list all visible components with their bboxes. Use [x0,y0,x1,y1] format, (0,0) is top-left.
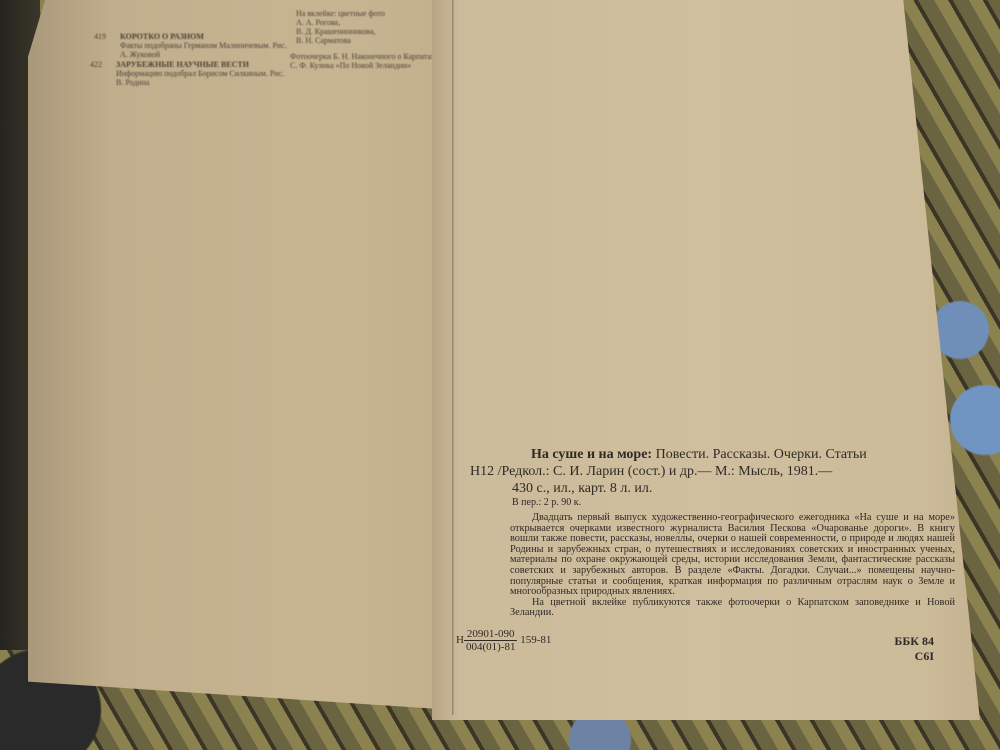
annotation: Двадцать первый выпуск художественно-гео… [510,513,955,619]
toc-entry: 422 ЗАРУБЕЖНЫЕ НАУЧНЫЕ ВЕСТИ Информацию … [90,60,290,100]
bbk-code: С6I [880,649,934,664]
catalog-code-suffix: 159-81 [520,634,551,646]
book-gutter [452,0,455,715]
toc-detail: Информацию подобрал Борисом Силкиным. Ри… [116,69,286,87]
editorial-line: /Редкол.: С. И. Ларин (сост.) и др.— М.:… [498,464,833,479]
toc-entry: 419 КОРОТКО О РАЗНОМ Факты подобраны Гер… [94,32,294,62]
toc-title: ЗАРУБЕЖНЫЕ НАУЧНЫЕ ВЕСТИ [116,60,286,69]
catalog-code-numerator: 20901-090 [464,628,518,641]
bibliographic-record: На суше и на море: Повести. Рассказы. Оч… [470,446,950,497]
book-title: На суше и на море: [531,447,652,462]
bbk-label: ББК 84 [880,634,934,649]
toc-title: КОРОТКО О РАЗНОМ [120,32,290,41]
toc-page-number: 419 [94,32,106,41]
toc-page-number: 422 [90,60,102,69]
annotation-paragraph: Двадцать первый выпуск художественно-гео… [510,513,955,598]
book-subtitle: Повести. Рассказы. Очерки. Статьи [656,447,867,462]
catalog-index: Н12 [470,464,494,479]
catalog-code: Н20901-090004(01)-81 159-81 [456,628,551,653]
catalog-code-denominator: 004(01)-81 [464,641,518,653]
physical-description: 430 с., ил., карт. 8 л. ил. [470,480,950,497]
catalog-code-prefix: Н [456,634,464,646]
bbk-classification: ББК 84 С6I [880,634,934,664]
photo-essays-credit: Фотоочерки Б. Н. Наконечного о Карпатах,… [290,52,440,70]
price: В пер.: 2 р. 90 к. [512,497,581,508]
catalog-code-fraction: 20901-090004(01)-81 [464,628,518,653]
left-page [28,0,454,710]
toc-detail: Факты подобраны Германом Малиничевым. Ри… [120,41,290,59]
annotation-paragraph: На цветной вклейке публикуются также фот… [510,598,955,619]
